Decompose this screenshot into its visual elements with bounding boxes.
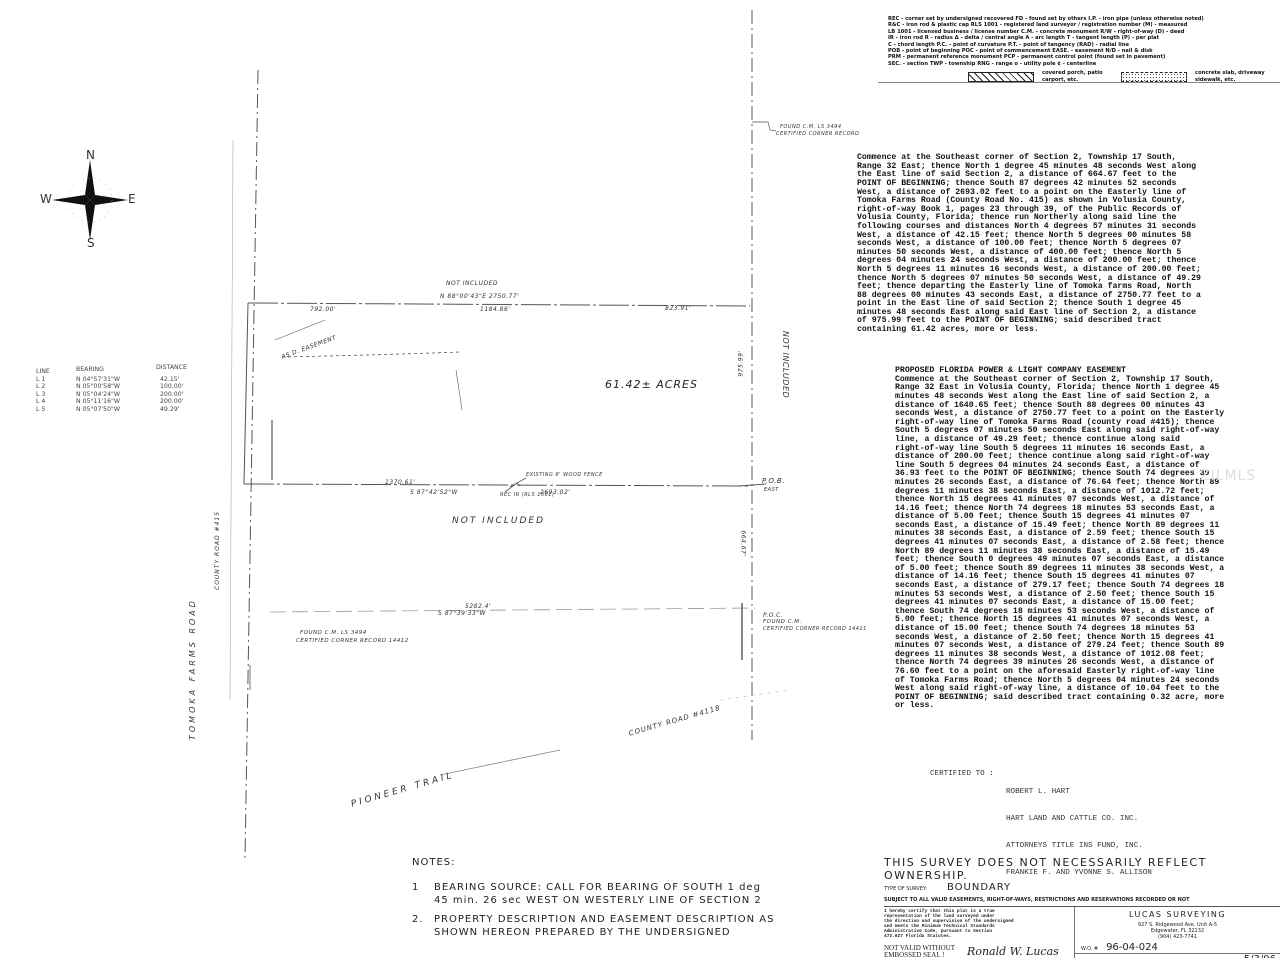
east-dist-label: 975.99' — [738, 350, 745, 376]
line-table-row: L 4N 05°11'16"W200.00' — [36, 398, 196, 406]
title-block: THIS SURVEY DOES NOT NECESSARILY REFLECT… — [884, 856, 1280, 958]
poc-sub1-label: FOUND C.M. — [763, 619, 802, 625]
subject-to-note: SUBJECT TO ALL VALID EASEMENTS, RIGHT-OF… — [884, 897, 1280, 903]
pob-sub-label: EAST — [764, 487, 779, 493]
legend-line: SEC. - section TWP - township RNG - rang… — [888, 61, 1280, 67]
compass-south: S — [87, 236, 95, 250]
found-cm-left-label: FOUND C.M. LS 3494 — [300, 630, 367, 636]
line-table-header: LINE — [36, 368, 76, 376]
survey-type-value: BOUNDARY — [947, 882, 1011, 893]
found-cm-top-label: FOUND C.M. LS 3494 — [780, 124, 842, 130]
acres-label: 61.42± ACRES — [605, 378, 698, 391]
compass-rose — [52, 160, 128, 240]
certified-name: ATTORNEYS TITLE INS FUND, INC. — [1006, 842, 1152, 851]
found-cm-left-sub-label: CERTIFIED CORNER RECORD 14412 — [296, 638, 409, 644]
compass-east: E — [128, 192, 136, 206]
seal-note: EMBOSSED SEAL ! — [884, 952, 955, 958]
legend-symbol-label: covered porch, patio carport, etc. — [1042, 70, 1117, 83]
certified-name: ROBERT L. HART — [1006, 788, 1152, 797]
work-order-value: 96-04-024 — [1106, 942, 1158, 953]
west-road-label: TOMOKA FARMS ROAD — [188, 598, 197, 740]
existing-fence-label: EXISTING 8' WOOD FENCE — [526, 472, 603, 478]
dots-symbol-icon — [1121, 72, 1187, 82]
lower-bearing-label: S 87°39'33"W — [438, 610, 486, 617]
compass-west: W — [40, 192, 52, 206]
poc-sub2-label: CERTIFIED CORNER RECORD 14411 — [763, 626, 867, 632]
line-table-header: BEARING — [76, 366, 156, 376]
north-dist-mid-label: 1184.86' — [480, 306, 510, 313]
found-cm-top-sub-label: CERTIFIED CORNER RECORD — [776, 131, 859, 137]
note-item: 1 BEARING SOURCE: CALL FOR BEARING OF SO… — [412, 881, 774, 907]
company-phone: (904) 423-7741 — [1075, 934, 1280, 940]
compass-north: N — [86, 148, 95, 162]
north-dist-left-label: 792.00' — [310, 306, 336, 313]
company-name: LUCAS SURVEYING — [1075, 910, 1280, 919]
line-table-row: L 2N 05°00'58"W100.00' — [36, 383, 196, 391]
work-order-label: W.O. # — [1081, 946, 1098, 952]
notes-section: NOTES: 1 BEARING SOURCE: CALL FOR BEARIN… — [412, 856, 774, 939]
note-item: 2. PROPERTY DESCRIPTION AND EASEMENT DES… — [412, 913, 774, 939]
survey-type-label: TYPE OF SURVEY: — [884, 886, 927, 892]
surveyor-certification: I hereby certify that this plat is a tru… — [884, 909, 1074, 939]
pob-label: P.O.B. — [762, 477, 785, 485]
not-included-top-label: NOT INCLUDED — [446, 280, 498, 287]
line-table-header: DISTANCE — [156, 364, 196, 376]
rec-label: REC IR (RLS 1001) — [500, 492, 554, 498]
lower-dist-label: 664.67' — [740, 530, 747, 556]
date-value: 5/3/96 — [1244, 954, 1276, 958]
poc-label: P.O.C. — [763, 612, 783, 619]
not-included-mid-label: NOT INCLUDED — [452, 516, 545, 526]
south-bearing-label: S 87°42'52"W — [410, 489, 458, 496]
south-dist-left-label: 1370.61' — [385, 479, 415, 486]
legal-description-main: Commence at the Southeast corner of Sect… — [857, 137, 1201, 343]
legend-symbol-label: concrete slab, driveway sidewalk, etc. — [1195, 70, 1275, 83]
hatch-symbol-icon — [968, 72, 1034, 82]
legal-description-easement: PROPOSED FLORIDA POWER & LIGHT COMPANY E… — [895, 350, 1224, 720]
west-road-cr-label: COUNTY ROAD #415 — [214, 511, 221, 590]
ownership-disclaimer: THIS SURVEY DOES NOT NECESSARILY REFLECT… — [884, 856, 1280, 882]
certified-name: HART LAND AND CATTLE CO. INC. — [1006, 815, 1152, 824]
line-table: LINE BEARING DISTANCE L 1N 04°57'31"W42.… — [36, 364, 196, 414]
watermark: ZILMLS — [1200, 468, 1256, 484]
abbreviation-legend: REC - corner set by undersigned recovere… — [878, 12, 1280, 83]
line-table-row: L 5N 05°07'50"W49.29' — [36, 406, 196, 414]
lower-dist-top-label: 5282.4' — [465, 603, 491, 610]
north-dist-right-label: 823.91' — [665, 305, 691, 312]
east-not-included-label: NOT INCLUDED — [781, 331, 790, 398]
north-bearing-label: N 88°00'43"E 2750.77' — [440, 293, 519, 300]
surveyor-signature: Ronald W. Lucas — [967, 945, 1059, 958]
notes-heading: NOTES: — [412, 856, 774, 869]
